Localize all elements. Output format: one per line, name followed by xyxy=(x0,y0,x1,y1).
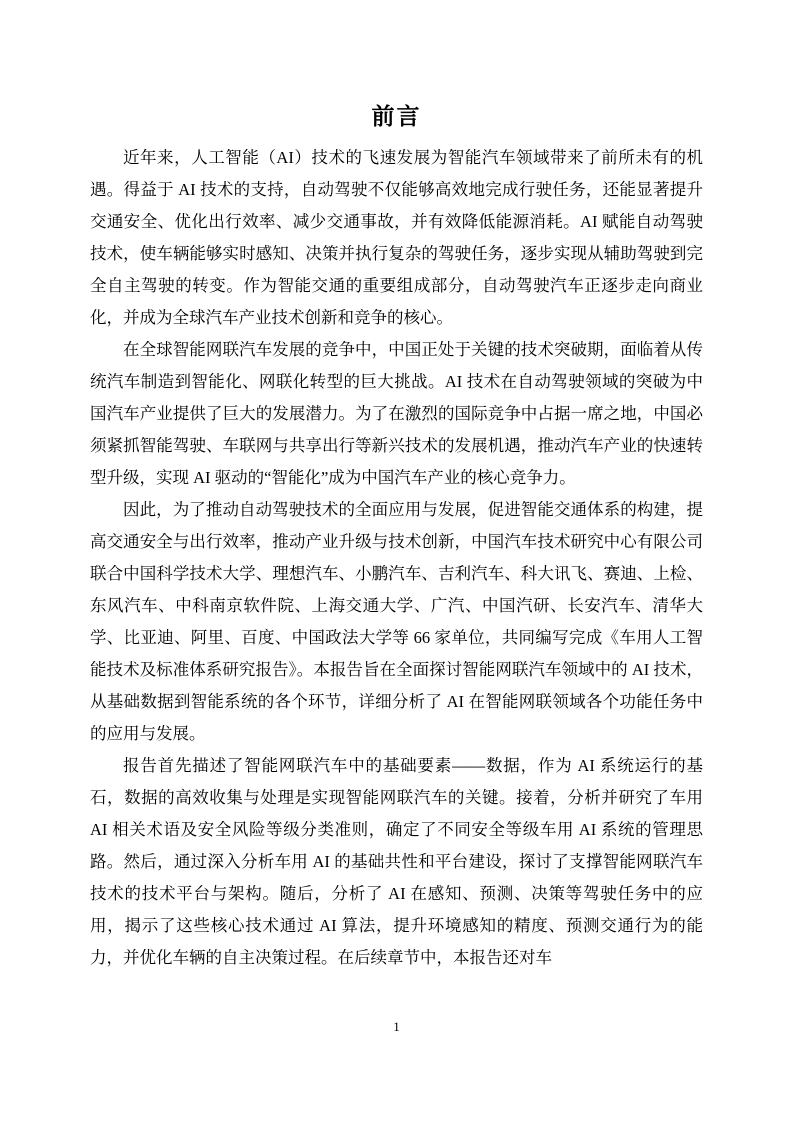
page-number: 1 xyxy=(393,1019,400,1034)
paragraph: 报告首先描述了智能网联汽车中的基础要素——数据，作为 AI 系统运行的基石，数据… xyxy=(90,750,703,974)
page-title: 前言 xyxy=(0,0,793,134)
paragraph: 近年来，人工智能（AI）技术的飞速发展为智能汽车领域带来了前所未有的机遇。得益于… xyxy=(90,142,703,334)
paragraph: 因此，为了推动自动驾驶技术的全面应用与发展，促进智能交通体系的构建，提高交通安全… xyxy=(90,494,703,750)
paragraph: 在全球智能网联汽车发展的竞争中，中国正处于关键的技术突破期，面临着从传统汽车制造… xyxy=(90,334,703,494)
document-body: 近年来，人工智能（AI）技术的飞速发展为智能汽车领域带来了前所未有的机遇。得益于… xyxy=(90,142,703,974)
page-footer: 1 xyxy=(0,1018,793,1036)
document-page: 前言 近年来，人工智能（AI）技术的飞速发展为智能汽车领域带来了前所未有的机遇。… xyxy=(0,0,793,1122)
